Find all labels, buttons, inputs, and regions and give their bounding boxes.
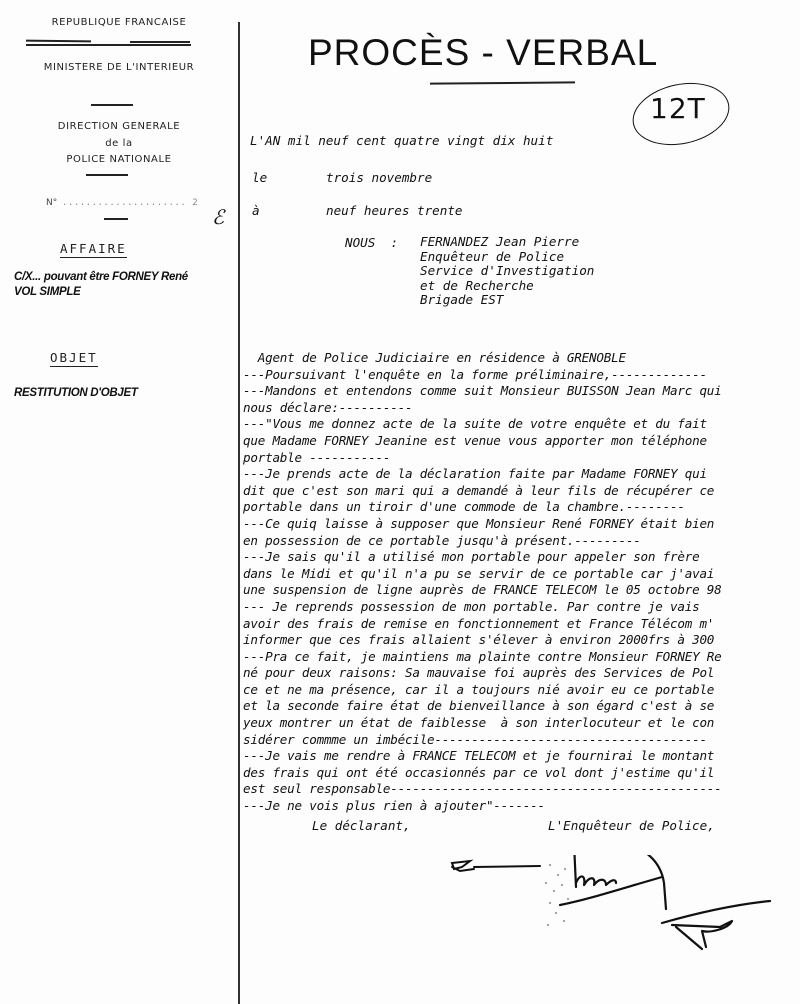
divider-rule [91, 104, 133, 106]
declarant-signature-icon [452, 861, 540, 871]
statement-line: ---Mandons et entendons comme suit Monsi… [243, 383, 800, 400]
statement-line: des frais qui ont été occasionnés par ce… [243, 765, 800, 782]
officer-rank: Enquêteur de Police [420, 250, 594, 265]
number-label: N° [46, 198, 57, 208]
number-value: ..................... 2 [62, 198, 198, 208]
statement-line: avoir des frais de remise en fonctionnem… [243, 616, 800, 633]
document-title: PROCÈS - VERBAL [308, 32, 658, 74]
statement-line: informer que ces frais allaient s'élever… [243, 632, 800, 649]
statement-line: une suspension de ligne auprès de FRANCE… [243, 582, 800, 599]
officer-service: Service d'Investigation [420, 264, 594, 279]
statement-line: ---Je ne vois plus rien à ajouter"------… [243, 798, 800, 815]
date-label: le [252, 170, 267, 185]
statement-line: dans le Midi et qu'il n'a pu se servir d… [243, 566, 800, 583]
statement-line: est seul responsable--------------------… [243, 781, 800, 798]
year-line: L'AN mil neuf cent quatre vingt dix huit [250, 133, 553, 148]
statement-line: et la seconde faire état de bienveillanc… [243, 698, 800, 715]
column-divider [238, 22, 240, 1004]
divider-rule [26, 40, 91, 42]
declarant-label: Le déclarant, [312, 818, 411, 833]
proces-verbal-page: REPUBLIQUE FRANCAISE MINISTERE DE L'INTE… [0, 0, 800, 1004]
objet-label: OBJET [50, 350, 98, 367]
police-nationale-heading: POLICE NATIONALE [0, 154, 238, 165]
investigator-label: L'Enquêteur de Police, [548, 818, 715, 833]
officer-brigade: Brigade EST [420, 293, 594, 308]
direction-heading-de-la: de la [0, 138, 238, 149]
affaire-value: C/X... pouvant être FORNEY René VOL SIMP… [14, 270, 188, 300]
statement-line: nous déclare:---------- [243, 400, 800, 417]
statement-line: ---Pra ce fait, je maintiens ma plainte … [243, 649, 800, 666]
date-value: trois novembre [326, 170, 432, 185]
divider-rule [26, 44, 191, 46]
officer-name: FERNANDEZ Jean Pierre [420, 235, 594, 250]
statement-line: Agent de Police Judiciaire en résidence … [243, 350, 800, 367]
statement-line: dit que c'est son mari qui a demandé à l… [243, 483, 800, 500]
handwritten-mark: ℰ [212, 205, 224, 229]
title-underline [430, 81, 575, 84]
divider-rule [104, 218, 128, 220]
statement-line: né pour deux raisons: Sa mauvaise foi au… [243, 665, 800, 682]
affaire-line: C/X... pouvant être FORNEY René [14, 270, 188, 285]
statement-line: ---Je vais me rendre à FRANCE TELECOM et… [243, 748, 800, 765]
statement-line: en possession de ce portable jusqu'à pré… [243, 533, 800, 550]
statement-line: yeux montrer un état de faiblesse à son … [243, 715, 800, 732]
officer-service-cont: et de Recherche [420, 279, 594, 294]
statement-line: ---Je sais qu'il a utilisé mon portable … [243, 549, 800, 566]
time-label: à [252, 203, 260, 218]
ministry-heading: MINISTERE DE L'INTERIEUR [0, 62, 238, 73]
statement-line: ce et ne ma présence, car il a toujours … [243, 682, 800, 699]
statement-line: que Madame FORNEY Jeanine est venue vous… [243, 433, 800, 450]
statement-line: ---Ce quiq laisse à supposer que Monsieu… [243, 516, 800, 533]
affaire-label: AFFAIRE [60, 241, 127, 258]
statement-line: ---Poursuivant l'enquête en la forme pré… [243, 367, 800, 384]
investigator-signature-icon [560, 855, 770, 949]
nous-label: NOUS : [345, 235, 398, 250]
affaire-line: VOL SIMPLE [14, 285, 188, 300]
officer-block: FERNANDEZ Jean Pierre Enquêteur de Polic… [420, 235, 594, 308]
republic-heading: REPUBLIQUE FRANCAISE [0, 17, 238, 28]
statement-line: ---"Vous me donnez acte de la suite de v… [243, 416, 800, 433]
statement-line: portable ----------- [243, 450, 800, 467]
divider-rule [86, 174, 128, 176]
divider-rule [130, 41, 190, 43]
objet-value: RESTITUTION D'OBJET [14, 386, 138, 401]
statement-line: --- Je reprends possession de mon portab… [243, 599, 800, 616]
signatures [440, 855, 800, 985]
stamp-dots [545, 864, 569, 926]
statement-line: portable dans un tiroir d'une commode de… [243, 499, 800, 516]
statement-body: Agent de Police Judiciaire en résidence … [243, 350, 800, 815]
statement-line: ---Je prends acte de la déclaration fait… [243, 466, 800, 483]
statement-line: sidérer commme un imbécile--------------… [243, 732, 800, 749]
time-value: neuf heures trente [326, 203, 462, 218]
margin-column: REPUBLIQUE FRANCAISE MINISTERE DE L'INTE… [0, 0, 238, 1004]
direction-heading: DIRECTION GENERALE [0, 121, 238, 132]
reference-mark: 12T [650, 92, 706, 125]
